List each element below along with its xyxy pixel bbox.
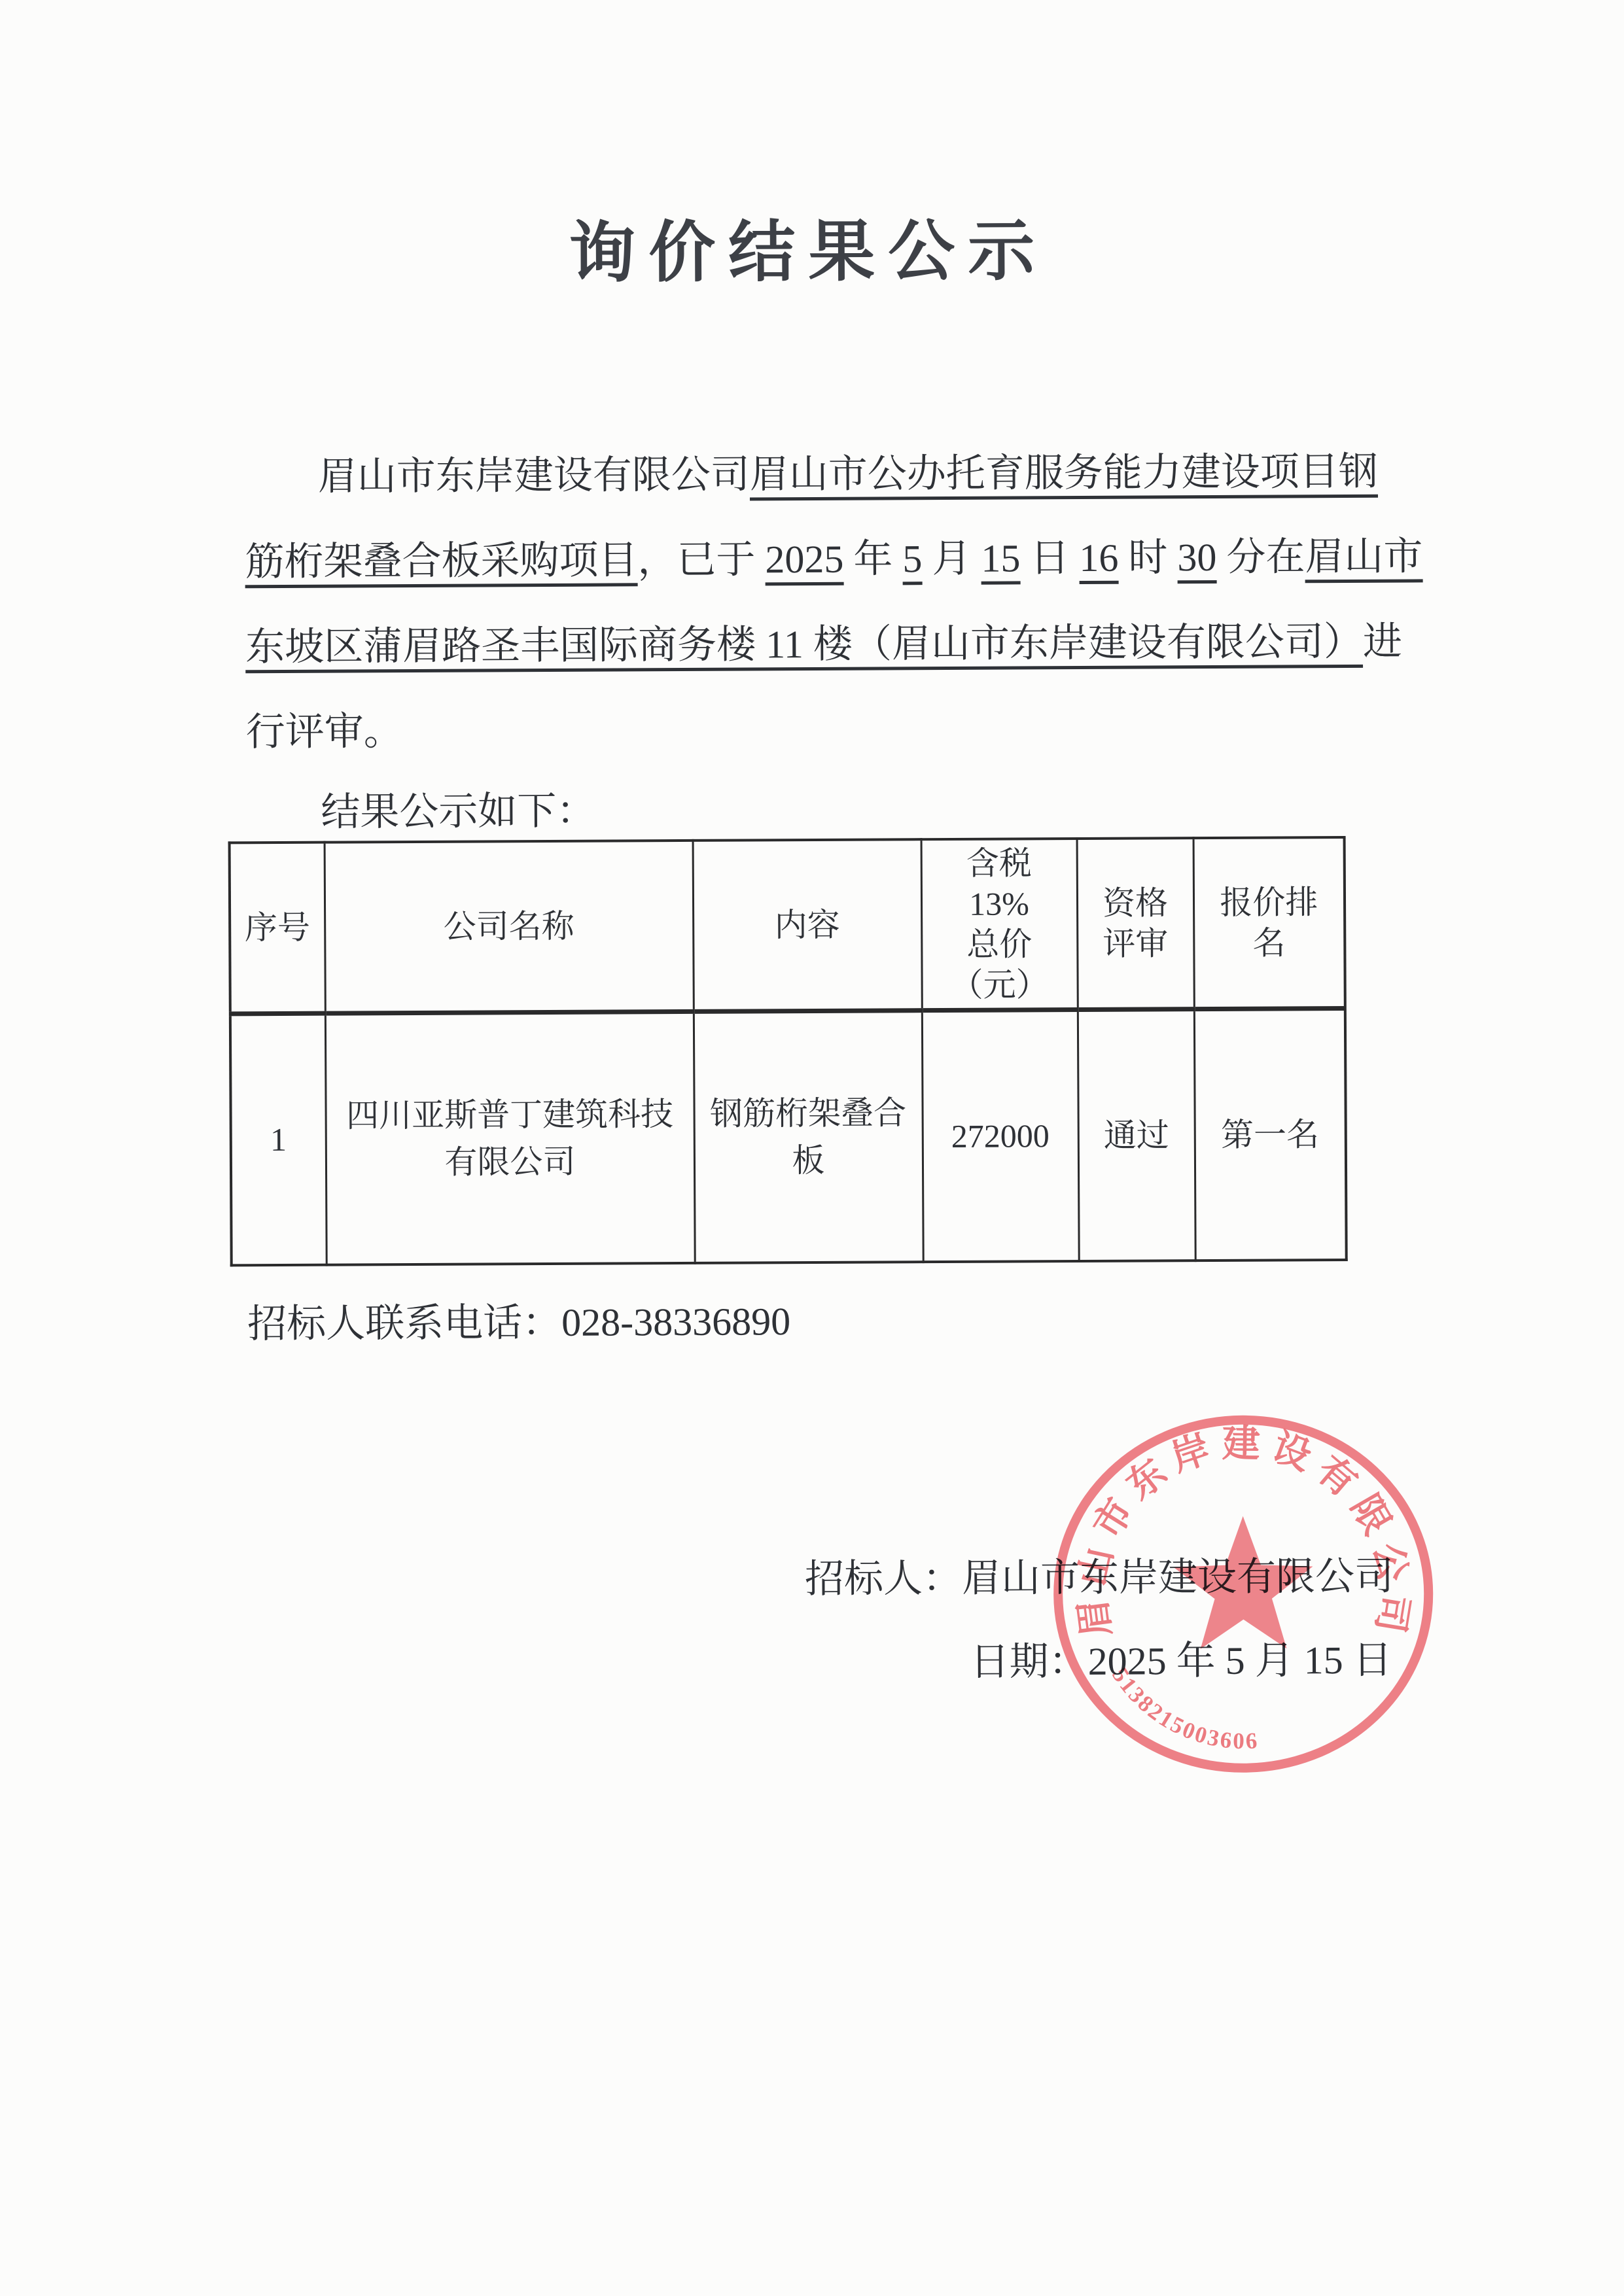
seal-company-text: 眉山市东岸建设有限公司: [1069, 1421, 1416, 1646]
underlined-text-run: 眉山市公办托育服务能力建设项目钢: [750, 450, 1378, 496]
col-header-rank: 报价排名: [1193, 837, 1345, 1009]
table-header-row: 序号 公司名称 内容 含税 13% 总价（元） 资格 评审 报价排名: [230, 837, 1345, 1014]
col-header-qualification: 资格 评审: [1077, 838, 1194, 1009]
cell-qualification: 通过: [1078, 1009, 1195, 1261]
body-paragraph: 眉山市东岸建设有限公司眉山市公办托育服务能力建设项目钢 筋桁架叠合板采购项目，已…: [245, 429, 1398, 775]
cell-no: 1: [230, 1013, 327, 1265]
results-intro: 结果公示如下：: [321, 780, 595, 837]
col-header-price: 含税 13% 总价（元）: [921, 839, 1078, 1011]
underlined-text-run: 15: [981, 536, 1020, 580]
text-run: 眉山市东岸建设有限公司: [318, 453, 750, 498]
cell-company: 四川亚斯普丁建筑科技有限公司: [325, 1011, 695, 1264]
text-run: 行评审。: [246, 710, 403, 754]
scanned-content: 询价结果公示 眉山市东岸建设有限公司眉山市公办托育服务能力建设项目钢 筋桁架叠合…: [0, 0, 1624, 2296]
text-run: 年: [843, 537, 902, 580]
table-row: 1 四川亚斯普丁建筑科技有限公司 钢筋桁架叠合板 272000 通过 第一名: [230, 1009, 1347, 1265]
tenderer-signature-line: 招标人：眉山市东岸建设有限公司: [805, 1545, 1394, 1604]
cell-price: 272000: [922, 1010, 1079, 1262]
text-run: 时: [1118, 536, 1177, 579]
col-header-company: 公司名称: [325, 841, 694, 1013]
text-run: ，已于: [637, 538, 765, 582]
signature-date-line: 日期：2025 年 5 月 15 日: [970, 1629, 1392, 1687]
underlined-text-run: 东坡区蒲眉路圣丰国际商务楼 11 楼（眉山市东岸建设有限公司）: [245, 620, 1363, 669]
paragraph-line: 行评审。: [245, 684, 1398, 775]
underlined-text-run: 筋桁架叠合板采购项目: [245, 538, 637, 583]
text-run: 分在: [1216, 535, 1305, 579]
text-run: 日: [1020, 536, 1079, 580]
col-header-content: 内容: [693, 839, 922, 1011]
page-title: 询价结果公示: [0, 195, 1620, 298]
underlined-text-run: 16: [1079, 536, 1118, 580]
cell-rank: 第一名: [1194, 1009, 1347, 1261]
svg-text:眉山市东岸建设有限公司: 眉山市东岸建设有限公司: [1069, 1421, 1416, 1646]
underlined-text-run: 30: [1177, 536, 1216, 579]
contact-phone-line: 招标人联系电话：028-38336890: [247, 1290, 790, 1349]
col-header-no: 序号: [230, 843, 325, 1014]
cell-content: 钢筋桁架叠合板: [694, 1011, 923, 1263]
text-run: 月: [922, 537, 981, 580]
paragraph-line: 眉山市东岸建设有限公司眉山市公办托育服务能力建设项目钢: [245, 429, 1397, 520]
document-page: 询价结果公示 眉山市东岸建设有限公司眉山市公办托育服务能力建设项目钢 筋桁架叠合…: [0, 0, 1624, 2296]
underlined-text-run: 2025: [765, 538, 843, 582]
underlined-text-run: 5: [902, 537, 922, 580]
paragraph-line: 东坡区蒲眉路圣丰国际商务楼 11 楼（眉山市东岸建设有限公司）进: [245, 599, 1398, 690]
results-table: 序号 公司名称 内容 含税 13% 总价（元） 资格 评审 报价排名 1 四川亚…: [228, 836, 1348, 1266]
paragraph-line: 筋桁架叠合板采购项目，已于 2025 年 5 月 15 日 16 时 30 分在…: [245, 514, 1397, 605]
underlined-text-run: 眉山市: [1305, 534, 1422, 578]
text-run: 进: [1363, 620, 1402, 663]
